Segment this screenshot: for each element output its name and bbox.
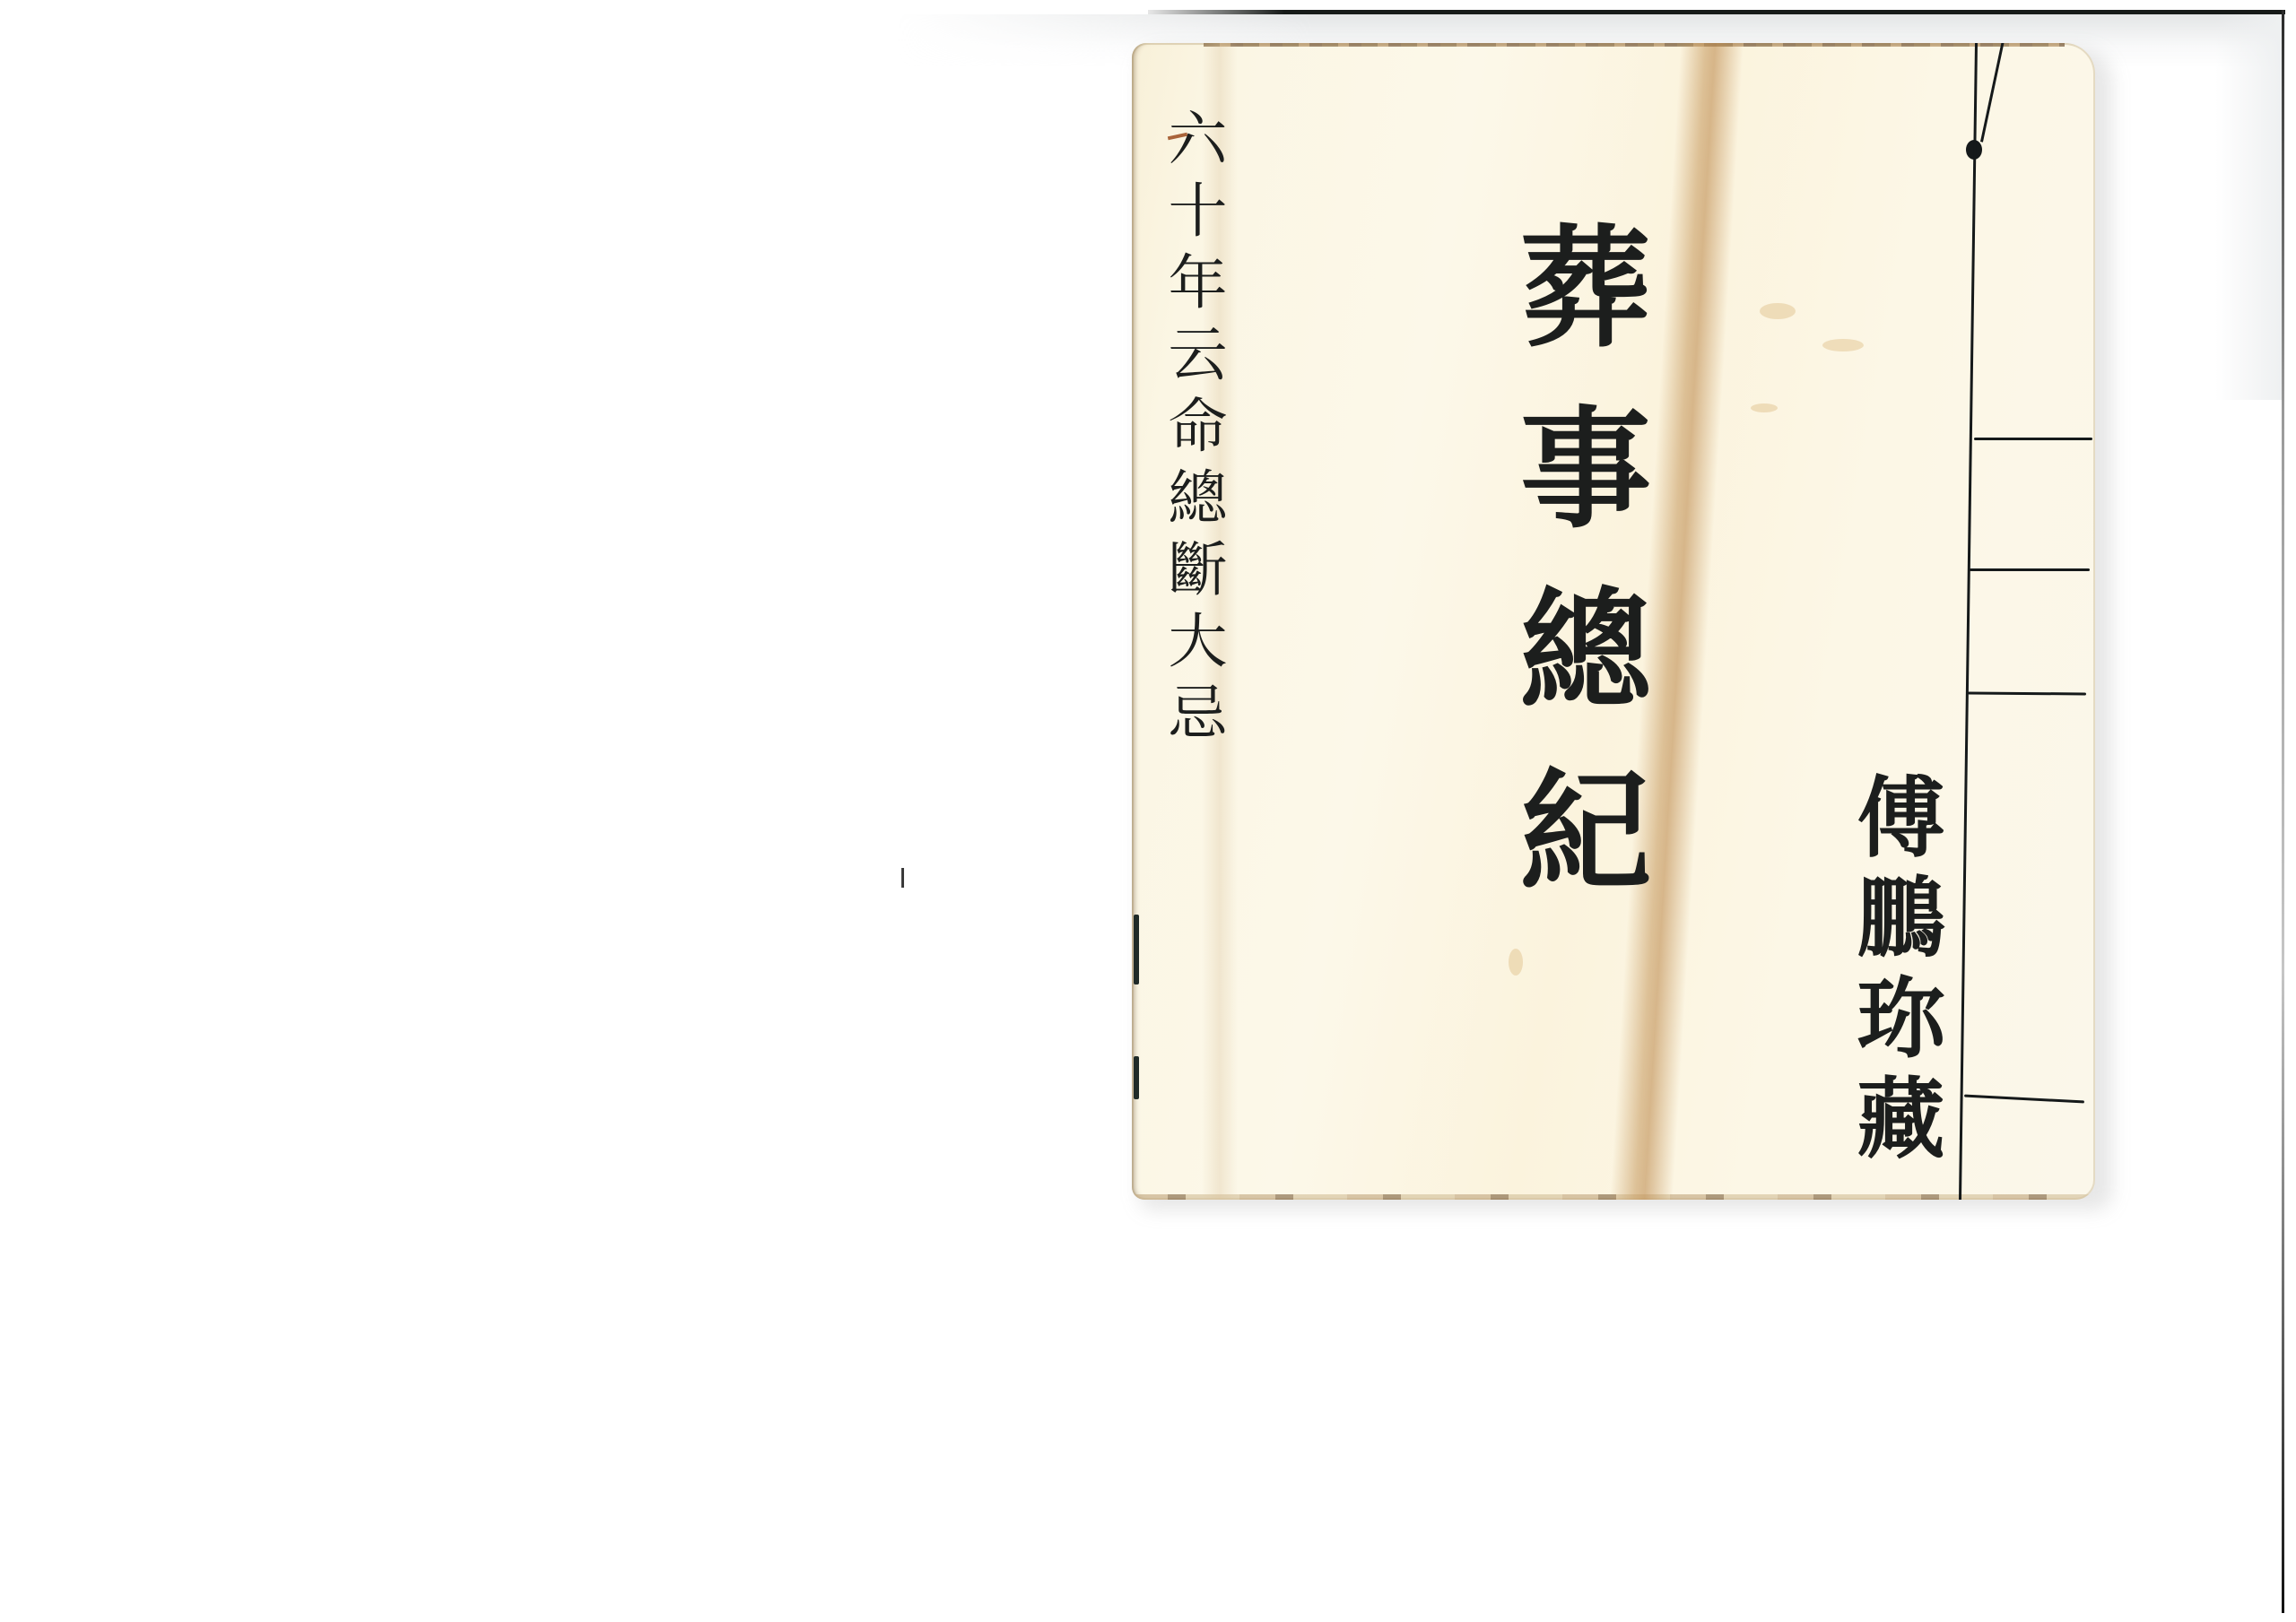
scanner-right-shade (2215, 14, 2282, 400)
foxing-spot (1509, 949, 1523, 976)
book-title: 葬事總紀 (1509, 219, 1639, 943)
scanned-page: 六十年云命總斷大忌 葬事總紀 傅鵬珎藏 (0, 0, 2296, 1622)
binding-stitch (1968, 692, 2086, 696)
foxing-spot (1760, 303, 1796, 319)
worn-top-edge (1204, 43, 2065, 47)
binding-stitch (1964, 1094, 2084, 1103)
dust-speck (901, 868, 904, 888)
foxing-spot (1822, 339, 1864, 351)
left-edge-damage (1134, 1056, 1139, 1099)
left-edge-damage (1134, 915, 1139, 984)
owner-inscription: 傅鵬珎藏 (1849, 771, 1937, 1173)
binding-spine-thread (1959, 43, 1978, 1200)
subtitle-column: 六十年云命總斷大忌 (1162, 108, 1222, 753)
scanner-right-border (2282, 10, 2284, 1613)
binding-stitch (1970, 568, 2090, 571)
binding-thread-tail (1980, 43, 2007, 143)
foxing-spot (1751, 403, 1778, 412)
booklet-cover: 六十年云命總斷大忌 葬事總紀 傅鵬珎藏 (1132, 43, 2095, 1200)
scanner-top-border (1148, 10, 2285, 14)
binding-stitch (1974, 438, 2092, 440)
